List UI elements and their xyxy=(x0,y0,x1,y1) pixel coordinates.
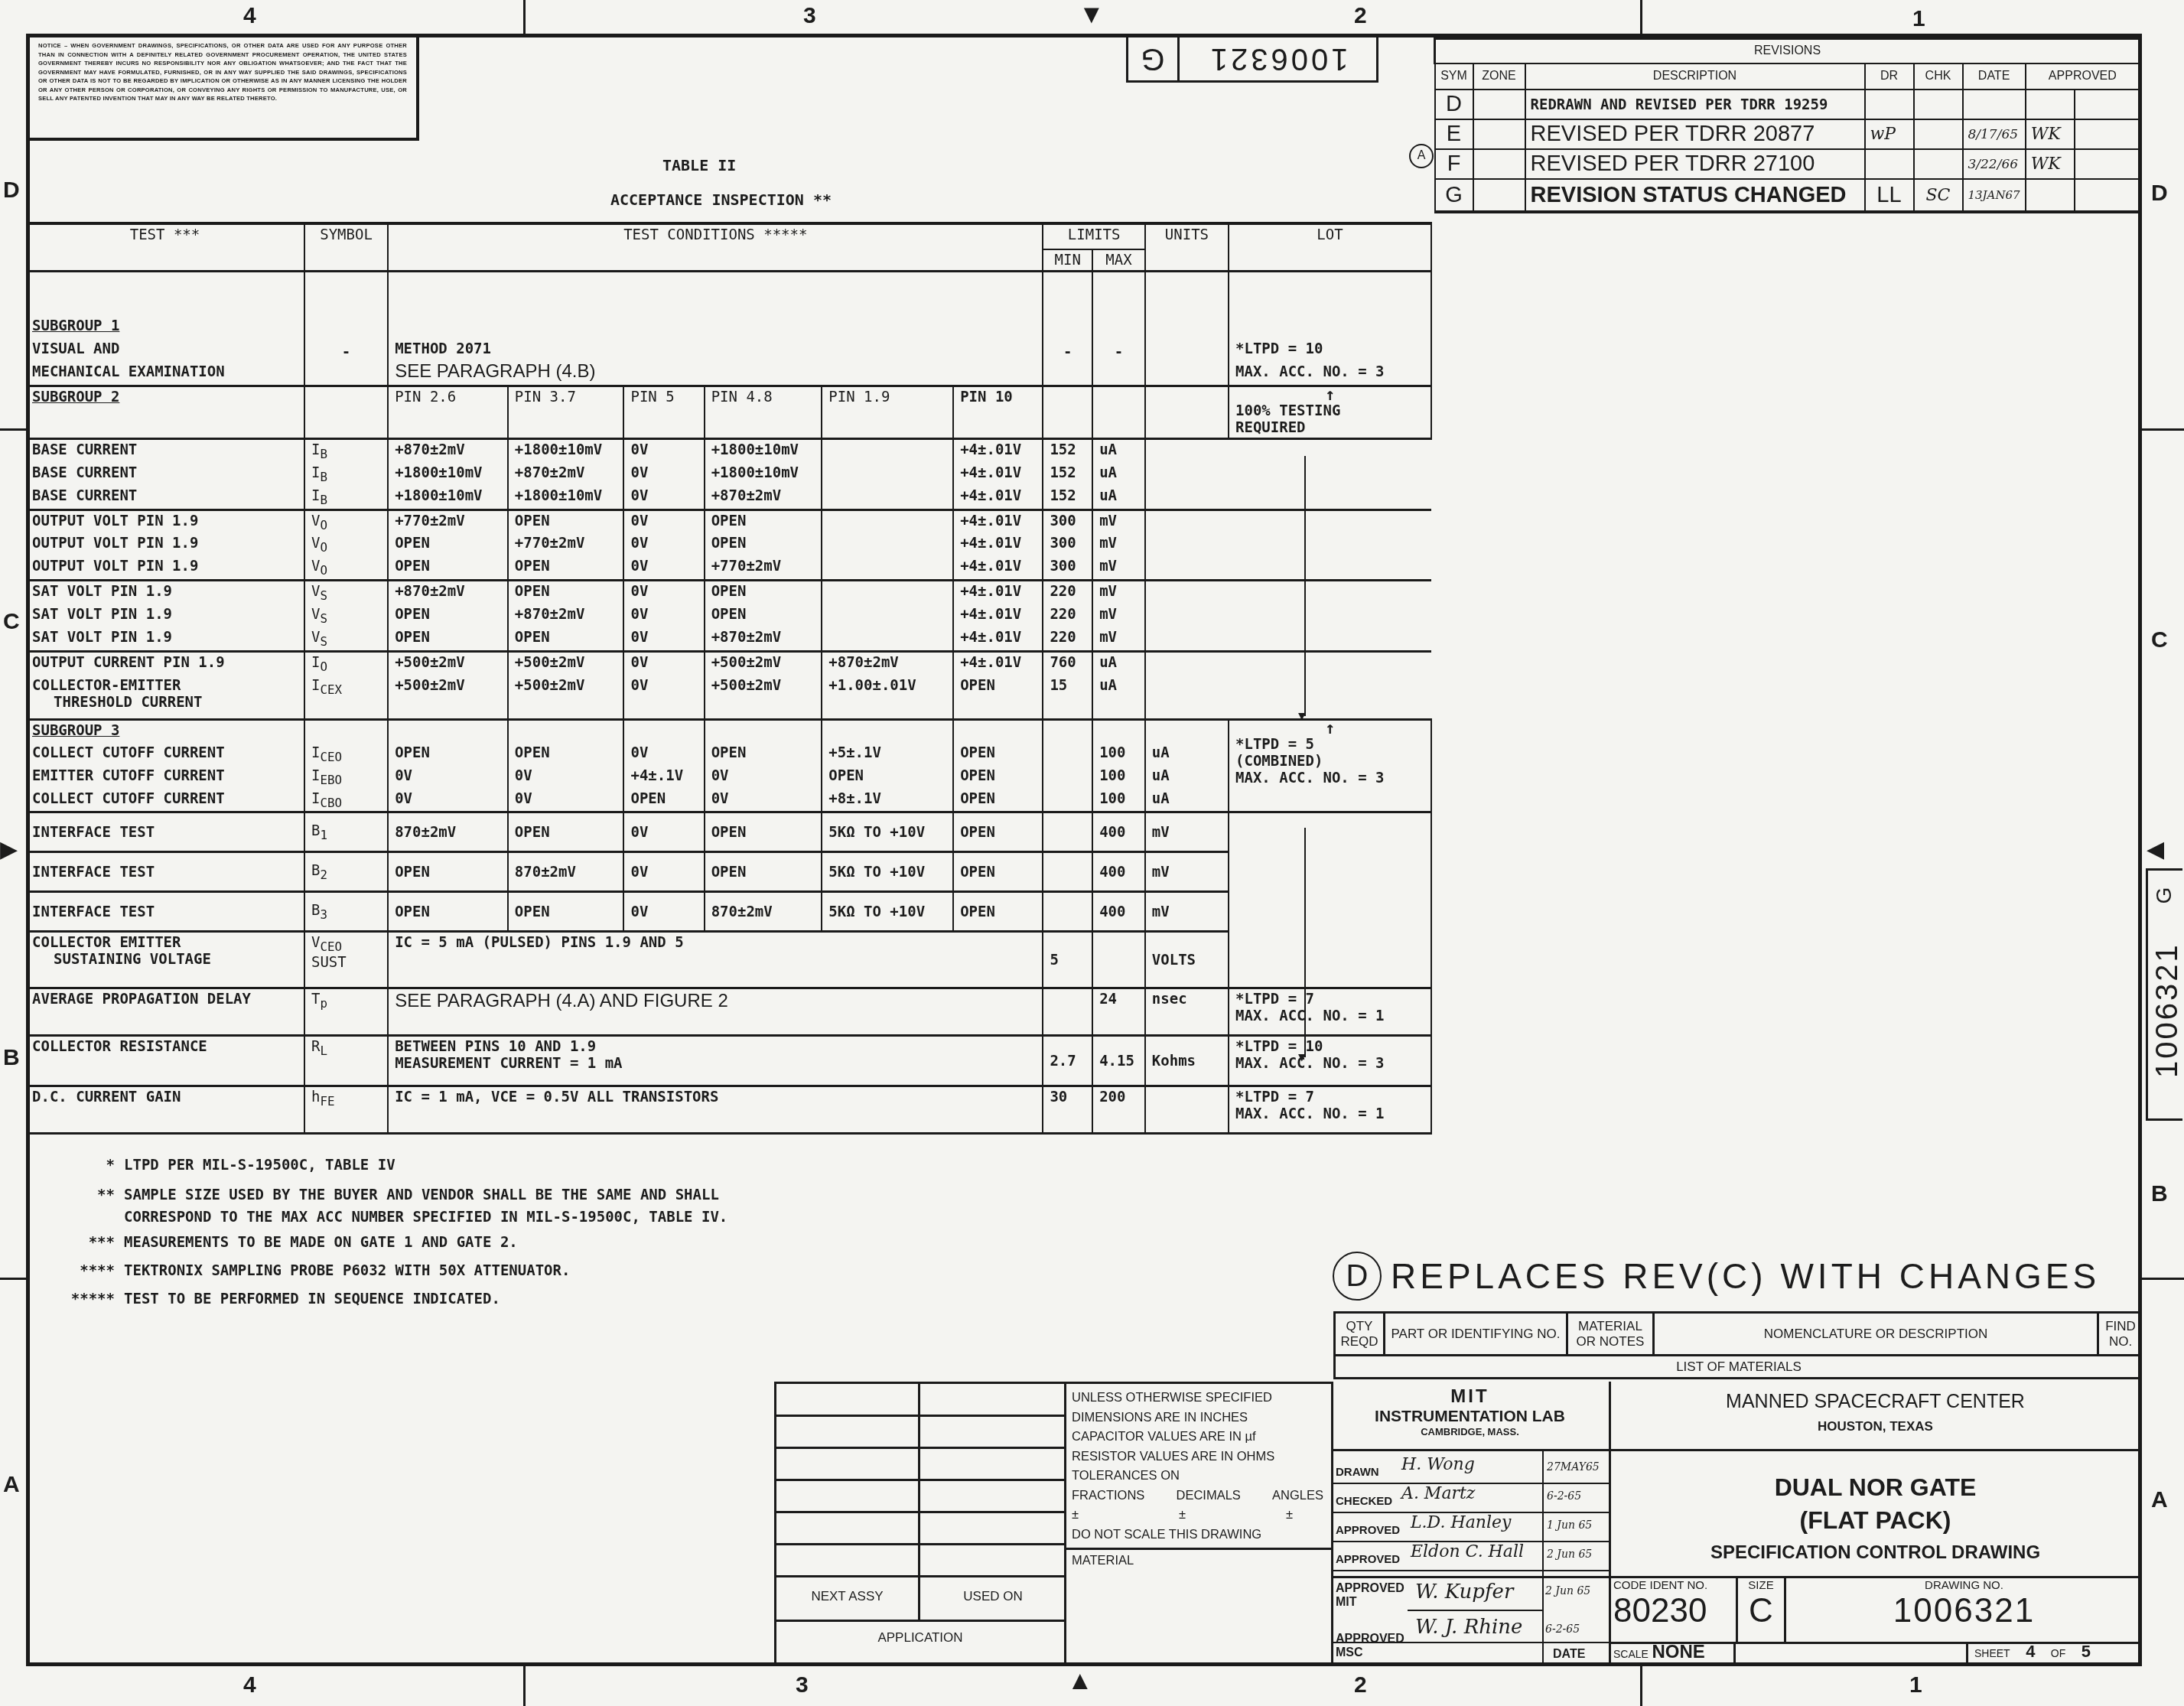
pin-condition: 0V xyxy=(623,852,704,892)
limit-min xyxy=(1043,852,1092,892)
pin-condition: OPEN xyxy=(705,581,822,604)
pin-header: PIN 1.9 xyxy=(822,386,953,439)
zone-tick xyxy=(2142,1278,2184,1280)
limit-max: 400 xyxy=(1092,852,1145,892)
pin-condition: OPEN xyxy=(822,766,953,789)
symbol: B2 xyxy=(304,852,388,892)
pin-condition: 0V xyxy=(623,812,704,852)
pin-condition: +500±2mV xyxy=(508,651,624,675)
arrow-up-icon: ↑ xyxy=(1235,389,1424,402)
notice-text: NOTICE – WHEN GOVERNMENT DRAWINGS, SPECI… xyxy=(38,42,407,102)
limit-max: 152 xyxy=(1043,439,1092,463)
units: Kohms xyxy=(1145,1036,1229,1086)
limit-max: - xyxy=(1092,272,1145,386)
footnote-mark: ***** xyxy=(46,1285,124,1314)
test-label: BASE CURRENT xyxy=(32,464,298,481)
units: mV xyxy=(1145,812,1229,852)
pin-condition: 0V xyxy=(388,789,508,812)
rev-dr: LL xyxy=(1865,179,1914,212)
zone-top-2: 2 xyxy=(1354,3,1367,29)
symbol-subscript: O xyxy=(320,540,327,555)
scale-sheet-row: SCALE NONE SHEET 4 OF 5 xyxy=(1609,1642,2142,1666)
symbol-base: B xyxy=(311,822,320,839)
revision-row: F REVISED PER TDRR 27100 3/22/66 WK xyxy=(1435,149,2140,179)
signature: L.D. Hanley xyxy=(1411,1513,1511,1532)
note-line: UNLESS OTHERWISE SPECIFIED xyxy=(1072,1389,1323,1408)
table-row: BASE CURRENTIB+870±2mV+1800±10mV0V+1800±… xyxy=(26,439,1431,463)
rev-header-description: DESCRIPTION xyxy=(1525,63,1865,90)
limit-min: 2.7 xyxy=(1043,1036,1092,1086)
footnote-mark: **** xyxy=(46,1257,124,1285)
tol-value: ± xyxy=(1286,1506,1293,1525)
limit-max: 100 xyxy=(1092,766,1145,789)
pin-condition: OPEN xyxy=(508,892,624,932)
test-name: BASE CURRENT xyxy=(26,439,304,463)
limit-min xyxy=(1043,892,1092,932)
pin-condition: +870±2mV xyxy=(508,463,624,486)
pin-condition: +870±2mV xyxy=(508,604,624,627)
header-max: MAX xyxy=(1092,249,1145,272)
symbol-subscript: B xyxy=(320,493,327,507)
zone-right-B: B xyxy=(2151,1181,2168,1207)
approvals-lower: APPROVEDMIT W. Kupfer 2 Jun 65 W. J. Rhi… xyxy=(1331,1576,1611,1666)
table-row: COLLECTOR-EMITTERTHRESHOLD CURRENTICEX+5… xyxy=(26,676,1431,720)
units: uA xyxy=(1145,789,1229,812)
rev-approved xyxy=(2026,90,2075,119)
table-row: SAT VOLT PIN 1.9VSOPEN+870±2mV0VOPEN+4±.… xyxy=(26,604,1431,627)
signoff-row: APPROVEDL.D. Hanley1 Jun 65 xyxy=(1331,1513,1609,1542)
condition-line: BETWEEN PINS 10 AND 1.9 xyxy=(395,1038,1036,1055)
footnote: ****TEKTRONIX SAMPLING PROBE P6032 WITH … xyxy=(46,1257,727,1285)
zone-tick xyxy=(523,0,526,34)
pin-condition: 0V xyxy=(508,766,624,789)
limit-min xyxy=(1043,812,1092,852)
limit-min xyxy=(1043,789,1092,812)
center-arrow-bottom-icon: ▲ xyxy=(1067,1668,1093,1694)
pin-condition: +770±2mV xyxy=(705,556,822,580)
zone-right-C: C xyxy=(2151,627,2168,653)
units: mV xyxy=(1092,604,1145,627)
test-name: COLLECT CUTOFF CURRENT xyxy=(26,743,304,766)
pin-header: PIN 5 xyxy=(623,386,704,439)
of-label: OF xyxy=(2051,1647,2065,1659)
pin-condition: +4±.01V xyxy=(953,486,1043,510)
footnote: ***MEASUREMENTS TO BE MADE ON GATE 1 AND… xyxy=(46,1229,727,1257)
stamp-rev: G xyxy=(1128,37,1180,80)
signoff-role: CHECKED xyxy=(1336,1495,1392,1508)
units: uA xyxy=(1092,651,1145,675)
footnote: *LTPD PER MIL-S-19500C, TABLE IV xyxy=(46,1151,727,1180)
pin-condition: +1800±10mV xyxy=(705,439,822,463)
pin-condition: 0V xyxy=(623,627,704,651)
revision-row: E REVISED PER TDRR 20877 wP 8/17/65 WK xyxy=(1435,119,2140,149)
pin-condition: +770±2mV xyxy=(388,510,508,533)
footnote-text: MEASUREMENTS TO BE MADE ON GATE 1 AND GA… xyxy=(124,1234,518,1251)
zone-left-D: D xyxy=(3,177,20,203)
units: mV xyxy=(1092,581,1145,604)
pin-condition: 0V xyxy=(705,789,822,812)
symbol: VO xyxy=(304,556,388,580)
pin-condition: OPEN xyxy=(953,676,1043,720)
drawing-title: DUAL NOR GATE (FLAT PACK) SPECIFICATION … xyxy=(1609,1449,2142,1578)
pin-condition: +1800±10mV xyxy=(508,486,624,510)
rev-approved: WK xyxy=(2026,119,2075,149)
condition-text: SEE PARAGRAPH (4.B) xyxy=(395,360,1036,383)
test-name: SAT VOLT PIN 1.9 xyxy=(26,627,304,651)
pin-condition: +4±.01V xyxy=(953,604,1043,627)
symbol-subscript: CEO xyxy=(320,749,342,763)
application-label: APPLICATION xyxy=(776,1630,1064,1646)
tolerance-headers: FRACTIONS DECIMALS ANGLES xyxy=(1072,1486,1323,1506)
test-name: COLLECTOR RESISTANCE xyxy=(26,1036,304,1086)
limit-min xyxy=(1043,743,1092,766)
pin-condition: +4±.01V xyxy=(953,556,1043,580)
center-arrow-left-icon: ▶ xyxy=(0,838,18,861)
pin-condition: +500±2mV xyxy=(388,676,508,720)
test-name: AVERAGE PROPAGATION DELAY xyxy=(26,988,304,1036)
signoff-date: 27MAY65 xyxy=(1547,1461,1600,1473)
signoff-date: 6-2-65 xyxy=(1547,1490,1581,1503)
footnote-text: TEST TO BE PERFORMED IN SEQUENCE INDICAT… xyxy=(124,1291,500,1307)
tolerance-values: ± ± ± xyxy=(1072,1506,1323,1525)
symbol: RL xyxy=(304,1036,388,1086)
footnote-mark: ** xyxy=(46,1184,124,1206)
symbol-base: B xyxy=(311,862,320,879)
test-label: SAT VOLT PIN 1.9 xyxy=(32,583,298,600)
acceptance-inspection-table-lower: SUBGROUP 3↑*LTPD = 5(COMBINED)MAX. ACC. … xyxy=(26,718,1432,1135)
zone-top-3: 3 xyxy=(803,3,816,29)
symbol-subscript: p xyxy=(320,996,327,1011)
government-notice: NOTICE – WHEN GOVERNMENT DRAWINGS, SPECI… xyxy=(26,34,419,141)
test-label: COLLECTOR-EMITTER xyxy=(32,677,298,694)
pin-condition: OPEN xyxy=(953,743,1043,766)
lot-text: MAX. ACC. NO. = 3 xyxy=(1235,1055,1424,1072)
footnote-text: CORRESPOND TO THE MAX ACC NUMBER SPECIFI… xyxy=(124,1209,727,1226)
limit-min: 5 xyxy=(1043,932,1092,988)
signoff-date: 2 Jun 65 xyxy=(1545,1585,1590,1597)
code-ident-label: CODE IDENT NO. xyxy=(1613,1579,1736,1592)
lot-text: MAX. ACC. NO. = 3 xyxy=(1235,770,1424,786)
test-label: OUTPUT VOLT PIN 1.9 xyxy=(32,535,298,552)
rev-approved: WK xyxy=(2026,149,2075,179)
rev-sym: G xyxy=(1435,179,1473,212)
rev-chk xyxy=(1914,119,1963,149)
test-name: INTERFACE TEST xyxy=(26,892,304,932)
pin-condition: +870±2mV xyxy=(388,581,508,604)
pin-condition xyxy=(822,533,953,556)
zone-right-A: A xyxy=(2151,1487,2168,1513)
symbol: VCEOSUST xyxy=(304,932,388,988)
lot-cell: *LTPD = 10MAX. ACC. NO. = 3 xyxy=(1229,1036,1431,1086)
symbol-subscript: L xyxy=(320,1043,327,1058)
limit-min xyxy=(1043,988,1092,1036)
signoff-date: 6-2-65 xyxy=(1545,1623,1580,1636)
general-notes-block: UNLESS OTHERWISE SPECIFIED DIMENSIONS AR… xyxy=(1064,1382,1333,1665)
drawing-no-label: DRAWING NO. xyxy=(1786,1579,2142,1592)
size-cell: SIZE C xyxy=(1738,1576,1786,1642)
rev-description: REVISED PER TDRR 20877 xyxy=(1525,119,1865,149)
condition-text: IC = 5 mA (PULSED) PINS 1.9 AND 5 xyxy=(388,932,1043,988)
symbol-subscript: 1 xyxy=(320,828,327,842)
footnote-mark: * xyxy=(46,1151,124,1180)
title-line-3: SPECIFICATION CONTROL DRAWING xyxy=(1609,1542,2142,1564)
pin-condition: OPEN xyxy=(388,892,508,932)
symbol: ICBO xyxy=(304,789,388,812)
application-block: NEXT ASSY USED ON APPLICATION xyxy=(774,1382,1066,1665)
pin-condition: 870±2mV xyxy=(508,852,624,892)
test-name: D.C. CURRENT GAIN xyxy=(26,1086,304,1134)
signature: W. J. Rhine xyxy=(1415,1616,1522,1639)
role: APPROVED xyxy=(1336,1582,1404,1596)
header-test: TEST *** xyxy=(26,223,304,272)
limit-max: 220 xyxy=(1043,627,1092,651)
test-label: THRESHOLD CURRENT xyxy=(32,694,298,711)
symbol: VS xyxy=(304,581,388,604)
test-name: VISUAL AND xyxy=(32,337,298,360)
pin-condition: 0V xyxy=(623,510,704,533)
subgroup1-label: SUBGROUP 1 xyxy=(32,314,298,337)
pin-condition: 0V xyxy=(623,743,704,766)
symbol-subscript: FE xyxy=(320,1094,334,1109)
rev-flag-a-icon: A xyxy=(1409,144,1434,168)
pin-condition: 870±2mV xyxy=(705,892,822,932)
symbol-subscript: CEX xyxy=(320,682,342,696)
center-arrow-right-icon: ◀ xyxy=(2147,838,2164,861)
symbol-base: V xyxy=(311,558,320,575)
pin-condition: +1800±10mV xyxy=(508,439,624,463)
pin-condition: OPEN xyxy=(508,627,624,651)
zone-tick xyxy=(2142,428,2184,431)
test-label: OUTPUT VOLT PIN 1.9 xyxy=(32,558,298,575)
agency-name: MANNED SPACECRAFT CENTER xyxy=(1609,1391,2142,1413)
do-not-scale: DO NOT SCALE THIS DRAWING xyxy=(1072,1525,1323,1545)
rev-dr xyxy=(1865,90,1914,119)
pin-condition: +870±2mV xyxy=(705,486,822,510)
symbol-base: I xyxy=(311,744,320,761)
symbol-base: I xyxy=(311,464,320,481)
subgroup3-label: SUBGROUP 3 xyxy=(26,720,304,743)
symbol: B3 xyxy=(304,892,388,932)
units: uA xyxy=(1092,463,1145,486)
pin-condition: 0V xyxy=(623,533,704,556)
units: mV xyxy=(1145,852,1229,892)
symbol-subscript: O xyxy=(320,563,327,578)
symbol: ICEX xyxy=(304,676,388,720)
rev-zone xyxy=(1473,149,1525,179)
signoffs: DRAWNH. Wong27MAY65CHECKEDA. Martz6-2-65… xyxy=(1331,1449,1611,1578)
test-label: BASE CURRENT xyxy=(32,487,298,504)
limit-max: 220 xyxy=(1043,604,1092,627)
rev-date: 13JAN67 xyxy=(1963,179,2026,212)
symbol-base: V xyxy=(311,583,320,600)
used-on-label: USED ON xyxy=(920,1589,1066,1604)
lot-text: MAX. ACC. NO. = 1 xyxy=(1235,1008,1424,1024)
table-title: TABLE II xyxy=(662,156,736,174)
lom-label: LIST OF MATERIALS xyxy=(1335,1356,2143,1379)
scale-cell: SCALE NONE xyxy=(1609,1642,1736,1666)
pin-condition: OPEN xyxy=(508,556,624,580)
lot-text: REQUIRED xyxy=(1235,419,1424,436)
limit-max: 152 xyxy=(1043,463,1092,486)
pin-condition: +1800±10mV xyxy=(388,486,508,510)
limit-max: 100 xyxy=(1092,789,1145,812)
rev-header-zone: ZONE xyxy=(1473,63,1525,90)
rev-description: REVISION STATUS CHANGED xyxy=(1525,179,1865,212)
symbol-subscript: CBO xyxy=(320,795,342,809)
header-lot: LOT xyxy=(1229,223,1431,272)
pin-condition: OPEN xyxy=(388,627,508,651)
replaces-text: REPLACES REV(C) WITH CHANGES xyxy=(1391,1255,2100,1297)
pin-condition: OPEN xyxy=(388,743,508,766)
lot-text: *LTPD = 5 xyxy=(1235,736,1424,753)
lot-cell: *LTPD = 7MAX. ACC. NO. = 1 xyxy=(1229,1086,1431,1134)
signoff-row: DRAWNH. Wong27MAY65 xyxy=(1331,1455,1609,1484)
symbol: VO xyxy=(304,510,388,533)
table-row: BASE CURRENTIB+1800±10mV+870±2mV0V+1800±… xyxy=(26,463,1431,486)
pin-condition: +870±2mV xyxy=(388,439,508,463)
pin-condition: 0V xyxy=(623,651,704,675)
symbol-subscript: S xyxy=(320,634,327,649)
test-name: SAT VOLT PIN 1.9 xyxy=(26,604,304,627)
drawing-no-value: 1006321 xyxy=(1786,1592,2142,1630)
units: mV xyxy=(1092,556,1145,580)
symbol-base: I xyxy=(311,441,320,458)
signoff-role: APPROVED xyxy=(1336,1524,1400,1537)
zone-bottom-4: 4 xyxy=(243,1672,256,1698)
test-name: SAT VOLT PIN 1.9 xyxy=(26,581,304,604)
test-name: OUTPUT CURRENT PIN 1.9 xyxy=(26,651,304,675)
rev-zone xyxy=(1473,119,1525,149)
pin-condition: +1800±10mV xyxy=(388,463,508,486)
symbol-base: R xyxy=(311,1038,320,1055)
symbol-subscript: CEO xyxy=(320,939,342,954)
symbol: VS xyxy=(304,627,388,651)
pin-condition: OPEN xyxy=(705,852,822,892)
pin-condition xyxy=(822,510,953,533)
pin-condition: OPEN xyxy=(388,556,508,580)
pin-condition: +1.00±.01V xyxy=(822,676,953,720)
table-row: OUTPUT VOLT PIN 1.9VO+770±2mVOPEN0VOPEN+… xyxy=(26,510,1431,533)
test-name: COLLECT CUTOFF CURRENT xyxy=(26,789,304,812)
side-stamp-drawing-no: 1006321 xyxy=(2150,907,2184,1114)
pin-condition: +500±2mV xyxy=(508,676,624,720)
pin-condition: +500±2mV xyxy=(388,651,508,675)
pin-condition: OPEN xyxy=(705,812,822,852)
role: MIT xyxy=(1336,1596,1404,1610)
symbol-base: I xyxy=(311,790,320,807)
pin-condition: OPEN xyxy=(705,743,822,766)
note-line: DIMENSIONS ARE IN INCHES xyxy=(1072,1408,1323,1428)
pin-condition: 0V xyxy=(623,676,704,720)
symbol-subscript: S xyxy=(320,588,327,603)
symbol: IB xyxy=(304,463,388,486)
symbol-base: B xyxy=(311,902,320,919)
pin-condition: OPEN xyxy=(953,892,1043,932)
zone-tick xyxy=(0,1278,26,1280)
title-line-2: (FLAT PACK) xyxy=(1609,1506,2142,1535)
pin-condition: OPEN xyxy=(508,743,624,766)
signoff-date: 1 Jun 65 xyxy=(1547,1519,1592,1532)
symbol-base: V xyxy=(311,535,320,552)
header-min: MIN xyxy=(1043,249,1092,272)
zone-tick xyxy=(523,1666,526,1706)
symbol-subscript: 2 xyxy=(320,868,327,882)
symbol: IB xyxy=(304,486,388,510)
limit-max: 4.15 xyxy=(1092,1036,1145,1086)
symbol-subscript: O xyxy=(320,517,327,532)
subgroup1-lot: *LTPD = 10 MAX. ACC. NO. = 3 xyxy=(1229,272,1431,386)
zone-top-1: 1 xyxy=(1912,6,1925,32)
pin-condition: +500±2mV xyxy=(705,651,822,675)
pin-condition: +870±2mV xyxy=(822,651,953,675)
units: mV xyxy=(1145,892,1229,932)
symbol-base: V xyxy=(311,934,320,951)
footnote-text: SAMPLE SIZE USED BY THE BUYER AND VENDOR… xyxy=(124,1187,719,1203)
footnote-text: TEKTRONIX SAMPLING PROBE P6032 WITH 50X … xyxy=(124,1262,570,1279)
pin-condition: OPEN xyxy=(953,812,1043,852)
pin-condition xyxy=(822,439,953,463)
symbol-base: V xyxy=(311,513,320,529)
symbol-base: I xyxy=(311,677,320,694)
signature: Eldon C. Hall xyxy=(1411,1542,1524,1561)
rev-description: REVISED PER TDRR 27100 xyxy=(1525,149,1865,179)
scale-value: NONE xyxy=(1652,1642,1704,1662)
test-name: SUSTAINING VOLTAGE xyxy=(32,951,298,968)
test-label: BASE CURRENT xyxy=(32,441,298,458)
condition-text: METHOD 2071 xyxy=(395,337,1036,360)
symbol-base: I xyxy=(311,767,320,784)
table-row: SAT VOLT PIN 1.9VSOPENOPEN0V+870±2mV+4±.… xyxy=(26,627,1431,651)
rev-circle: D xyxy=(1333,1252,1382,1301)
footnote: CORRESPOND TO THE MAX ACC NUMBER SPECIFI… xyxy=(46,1206,727,1229)
lot-text: *LTPD = 10 xyxy=(1235,337,1424,360)
symbol: B1 xyxy=(304,812,388,852)
symbol-base: V xyxy=(311,606,320,623)
signoff-role: DRAWN xyxy=(1336,1466,1379,1479)
pin-header: PIN 3.7 xyxy=(508,386,624,439)
table-row: SAT VOLT PIN 1.9VS+870±2mVOPEN0VOPEN+4±.… xyxy=(26,581,1431,604)
pin-condition: +4±.01V xyxy=(953,439,1043,463)
test-name: COLLECTOR-EMITTERTHRESHOLD CURRENT xyxy=(26,676,304,720)
pin-condition: +1800±10mV xyxy=(705,463,822,486)
span-arrow-line xyxy=(1304,456,1306,716)
approved-msc-label: APPROVEDMSC xyxy=(1336,1633,1404,1660)
pin-condition: +4±.01V xyxy=(953,581,1043,604)
pin-condition: 5KΩ TO +10V xyxy=(822,892,953,932)
zone-bottom-2: 2 xyxy=(1354,1672,1367,1698)
note-line: RESISTOR VALUES ARE IN OHMS xyxy=(1072,1447,1323,1467)
pin-condition: +500±2mV xyxy=(705,676,822,720)
test-name: INTERFACE TEST xyxy=(26,852,304,892)
lot-text: *LTPD = 7 xyxy=(1235,991,1424,1008)
limit-max: 300 xyxy=(1043,533,1092,556)
lot-text: (COMBINED) xyxy=(1235,753,1424,770)
zone-tick xyxy=(1640,0,1642,34)
test-label: OUTPUT CURRENT PIN 1.9 xyxy=(32,654,298,671)
lom-material: MATERIAL OR NOTES xyxy=(1567,1313,1654,1356)
symbol-base: V xyxy=(311,629,320,646)
units: uA xyxy=(1145,743,1229,766)
pin-condition: OPEN xyxy=(508,581,624,604)
symbol-base: T xyxy=(311,991,320,1008)
signature: A. Martz xyxy=(1401,1484,1475,1503)
limit-max: 152 xyxy=(1043,486,1092,510)
limit-max: 300 xyxy=(1043,556,1092,580)
zone-left-C: C xyxy=(3,609,20,635)
pin-condition: +4±.01V xyxy=(953,627,1043,651)
org-location: CAMBRIDGE, MASS. xyxy=(1331,1426,1609,1437)
pin-condition: OPEN xyxy=(953,852,1043,892)
